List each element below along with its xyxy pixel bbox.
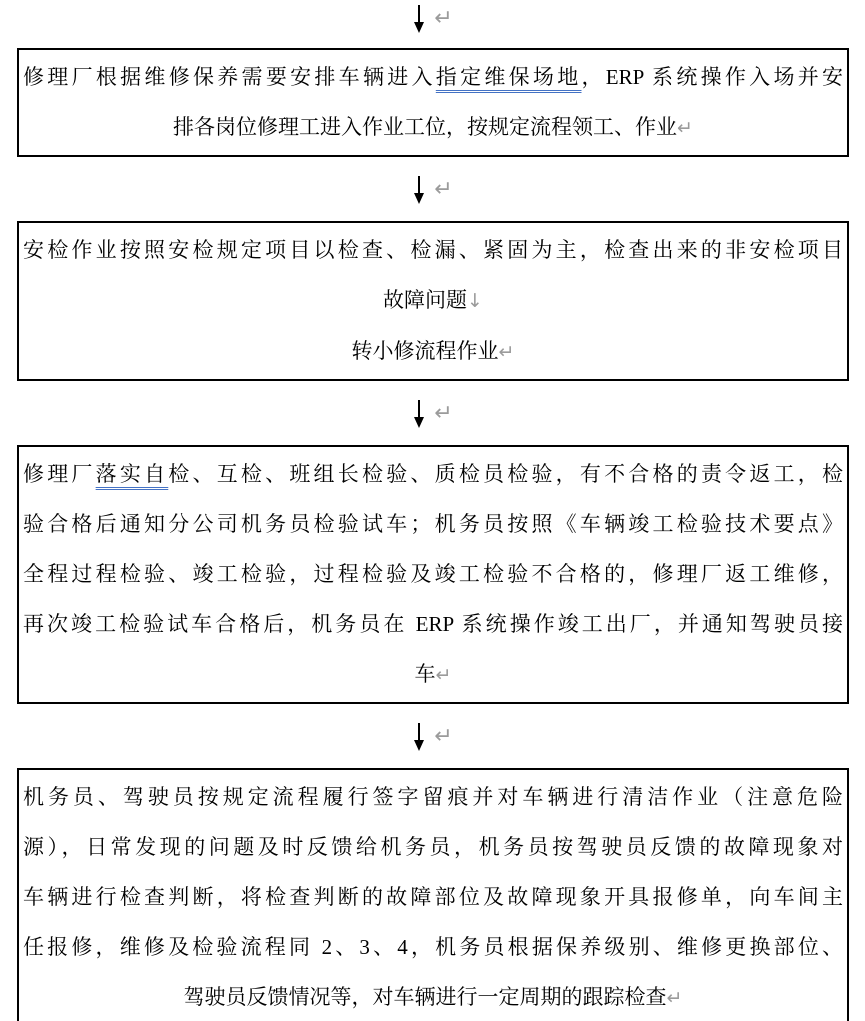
text-run: 任报修，维修及检验流程同 2、3、4，机务员根据保养级别、维修更换部位、 [23, 935, 843, 959]
flow-connector: ↵ [17, 5, 849, 33]
paragraph-mark-icon: ↵ [434, 5, 452, 33]
text-run: 故障问题 [383, 288, 467, 312]
down-arrow-icon [413, 176, 425, 204]
text-line: 任报修，维修及检验流程同 2、3、4，机务员根据保养级别、维修更换部位、 [23, 922, 843, 972]
text-run: 机务员、驾驶员按规定流程履行签字留痕并对车辆进行清洁作业（注意危险 [23, 785, 843, 809]
text-line: 排各岗位修理工进入作业工位，按规定流程领工、作业↵ [23, 102, 843, 153]
flow-connector: ↵ [17, 723, 849, 751]
down-arrow-icon [413, 723, 425, 751]
text-run: 检、互检、班组长检验、质检员检验，有不合格的责令返工，检 [168, 462, 843, 486]
paragraph-mark-icon: ↵ [677, 117, 693, 139]
text-line: 源），日常发现的问题及时反馈给机务员，机务员按驾驶员反馈的故障现象对 [23, 822, 843, 872]
down-arrow-icon [413, 5, 425, 33]
flow-connector: ↵ [17, 176, 849, 204]
paragraph-mark-icon: ↵ [434, 400, 452, 428]
flow-connector: ↵ [17, 400, 849, 428]
text-line: 再次竣工检验试车合格后，机务员在 ERP 系统操作竣工出厂，并通知驾驶员接 [23, 599, 843, 649]
text-run: 驾驶员反馈情况等，对车辆进行一定周期的跟踪检查 [184, 985, 667, 1009]
paragraph-mark-icon: ↵ [499, 341, 515, 363]
text-run: 源），日常发现的问题及时反馈给机务员，机务员按驾驶员反馈的故障现象对 [23, 835, 843, 859]
flow-box-safety-check: 安检作业按照安检规定项目以检查、检漏、紧固为主，检查出来的非安检项目故障问题↓转… [17, 221, 849, 381]
text-run: 车辆进行检查判断，将检查判断的故障部位及故障现象开具报修单，向车间主 [23, 885, 843, 909]
text-line: 转小修流程作业↵ [23, 326, 843, 377]
paragraph-mark-icon: ↵ [667, 987, 683, 1009]
underlined-text-run: 落实自 [96, 462, 169, 486]
text-line: 驾驶员反馈情况等，对车辆进行一定周期的跟踪检查↵ [23, 972, 843, 1021]
text-run: 车 [415, 662, 436, 686]
text-line: 验合格后通知分公司机务员检验试车；机务员按照《车辆竣工检验技术要点》 [23, 499, 843, 549]
text-run: 修理厂根据维修保养需要安排车辆进入 [23, 65, 436, 89]
line-break-mark-icon: ↓ [467, 290, 483, 312]
text-line: 安检作业按照安检规定项目以检查、检漏、紧固为主，检查出来的非安检项目 [23, 225, 843, 275]
flow-box-handover-followup: 机务员、驾驶员按规定流程履行签字留痕并对车辆进行清洁作业（注意危险源），日常发现… [17, 768, 849, 1021]
text-run: 再次竣工检验试车合格后，机务员在 ERP 系统操作竣工出厂，并通知驾驶员接 [23, 612, 843, 636]
paragraph-mark-icon: ↵ [434, 176, 452, 204]
text-run: 安检作业按照安检规定项目以检查、检漏、紧固为主，检查出来的非安检项目 [23, 238, 843, 262]
paragraph-mark-icon: ↵ [436, 664, 452, 686]
text-line: 故障问题↓ [23, 275, 843, 326]
text-line: 机务员、驾驶员按规定流程履行签字留痕并对车辆进行清洁作业（注意危险 [23, 772, 843, 822]
flow-box-inspection: 修理厂落实自检、互检、班组长检验、质检员检验，有不合格的责令返工，检验合格后通知… [17, 445, 849, 704]
text-line: 全程过程检验、竣工检验，过程检验及竣工检验不合格的，修理厂返工维修， [23, 549, 843, 599]
text-run: 转小修流程作业 [352, 339, 499, 363]
text-run: 验合格后通知分公司机务员检验试车；机务员按照《车辆竣工检验技术要点》 [23, 512, 843, 536]
text-run: ，ERP 系统操作入场并安 [582, 65, 844, 89]
text-run: 排各岗位修理工进入作业工位，按规定流程领工、作业 [173, 115, 677, 139]
text-line: 修理厂根据维修保养需要安排车辆进入指定维保场地，ERP 系统操作入场并安 [23, 52, 843, 102]
paragraph-mark-icon: ↵ [434, 723, 452, 751]
document-page: ↵ 修理厂根据维修保养需要安排车辆进入指定维保场地，ERP 系统操作入场并安排各… [0, 0, 865, 1021]
text-line: 车辆进行检查判断，将检查判断的故障部位及故障现象开具报修单，向车间主 [23, 872, 843, 922]
down-arrow-icon [413, 400, 425, 428]
text-run: 修理厂 [23, 462, 96, 486]
text-line: 修理厂落实自检、互检、班组长检验、质检员检验，有不合格的责令返工，检 [23, 449, 843, 499]
text-run: 全程过程检验、竣工检验，过程检验及竣工检验不合格的，修理厂返工维修， [23, 562, 843, 586]
text-line: 车↵ [23, 649, 843, 700]
underlined-text-run: 指定维保场地 [436, 65, 582, 89]
flow-box-entry: 修理厂根据维修保养需要安排车辆进入指定维保场地，ERP 系统操作入场并安排各岗位… [17, 48, 849, 157]
